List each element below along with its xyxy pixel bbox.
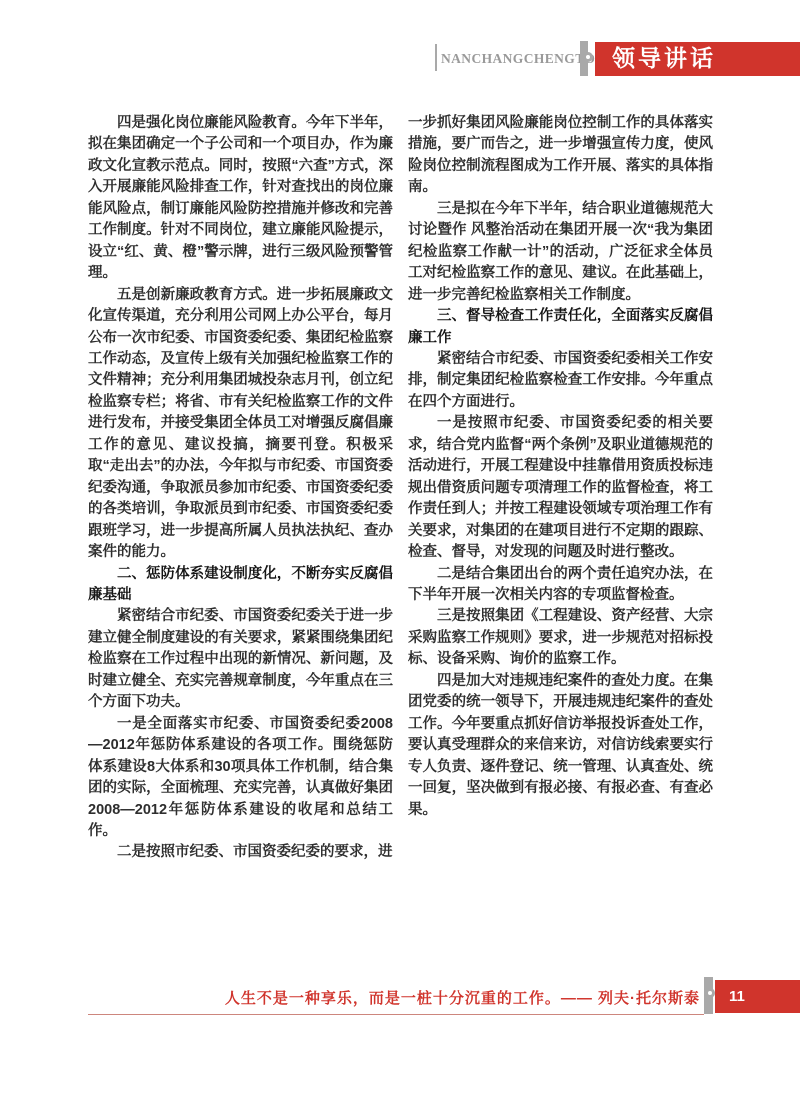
section-heading: 二、惩防体系建设制度化，不断夯实反腐倡廉基础 bbox=[88, 564, 393, 607]
paragraph: 紧密结合市纪委、市国资委纪委关于进一步建立健全制度建设的有关要求，紧紧围绕集团纪… bbox=[88, 606, 393, 713]
paragraph: 一是按照市纪委、市国资委纪委的相关要求，结合党内监督“两个条例”及职业道德规范的… bbox=[408, 413, 713, 563]
paragraph: 一是全面落实市纪委、市国资委纪委2008—2012年惩防体系建设的各项工作。围绕… bbox=[88, 714, 393, 843]
paragraph: 二是按照市纪委、市国资委纪委的要求，进 bbox=[88, 842, 393, 863]
section-title: 领导讲话 bbox=[612, 42, 716, 75]
paragraph: 五是创新廉政教育方式。进一步拓展廉政文化宣传渠道，充分利用公司网上办公平台，每月… bbox=[88, 285, 393, 564]
magazine-page: NANCHANGCHENGTOU 领导讲话 四是强化岗位廉能风险教育。今年下半年… bbox=[0, 0, 800, 1093]
paragraph: 二是结合集团出台的两个责任追究办法，在下半年开展一次相关内容的专项监督检查。 bbox=[408, 564, 713, 607]
footer-circle-ornament bbox=[705, 988, 715, 998]
section-banner: 领导讲话 bbox=[595, 42, 800, 76]
section-heading: 三、督导检查工作责任化，全面落实反腐倡廉工作 bbox=[408, 306, 713, 349]
article-body: 四是强化岗位廉能风险教育。今年下半年，拟在集团确定一个子公司和一个项目办，作为廉… bbox=[88, 113, 713, 864]
page-number: 11 bbox=[729, 988, 745, 1005]
paragraph-continued: 一步抓好集团风险廉能岗位控制工作的具体落实措施，要广而告之，进一步增强宣传力度，… bbox=[408, 113, 713, 199]
footer-rule-line bbox=[88, 1014, 704, 1015]
footer-quote: 人生不是一种享乐，而是一桩十分沉重的工作。—— 列夫·托尔斯泰 bbox=[0, 987, 700, 1008]
paragraph: 三是拟在今年下半年，结合职业道德规范大讨论暨作 风整治活动在集团开展一次“我为集… bbox=[408, 199, 713, 306]
paragraph: 四是加大对违规违纪案件的查处力度。在集团党委的统一领导下，开展违规违纪案件的查处… bbox=[408, 671, 713, 821]
paragraph: 三是按照集团《工程建设、资产经营、大宗采购监察工作规则》要求，进一步规范对招标投… bbox=[408, 606, 713, 670]
page-number-box: 11 bbox=[715, 980, 800, 1013]
header-circle-ornament bbox=[583, 52, 593, 62]
paragraph: 紧密结合市纪委、市国资委纪委相关工作安排，制定集团纪检监察检查工作安排。今年重点… bbox=[408, 349, 713, 413]
paragraph: 四是强化岗位廉能风险教育。今年下半年，拟在集团确定一个子公司和一个项目办，作为廉… bbox=[88, 113, 393, 285]
brand-divider-line bbox=[435, 44, 437, 71]
column-left: 四是强化岗位廉能风险教育。今年下半年，拟在集团确定一个子公司和一个项目办，作为廉… bbox=[88, 113, 393, 864]
column-right: 一步抓好集团风险廉能岗位控制工作的具体落实措施，要广而告之，进一步增强宣传力度，… bbox=[408, 113, 713, 864]
